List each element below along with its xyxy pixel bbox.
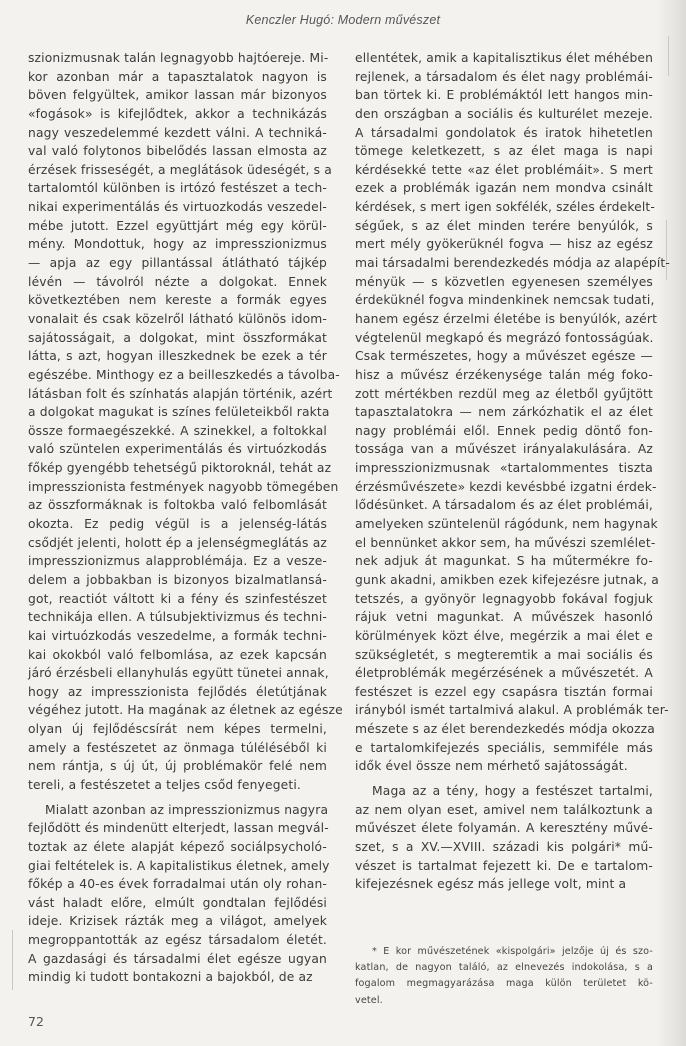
- text-line: életproblémák megérzésének a művészetét.…: [355, 664, 653, 683]
- text-line: gunk akadni, amikben ezek kifejezésre ju…: [355, 571, 653, 590]
- text-line: érdeküknél fogva mindenkinek nemcsak tud…: [355, 291, 653, 310]
- text-line: hogy az impresszionista fejlődés életútj…: [28, 683, 327, 702]
- margin-pencil-mark: [12, 930, 13, 990]
- text-line: ellentétek, amik a kapitalisztikus élet …: [355, 49, 653, 68]
- text-line: vonalait és csak közelről látható különö…: [28, 310, 327, 329]
- text-line: kai okokból való felbomlása, az ezek kap…: [28, 646, 327, 665]
- text-line: tetszés, a gyönyör legnagyobb fokával fo…: [355, 590, 653, 609]
- text-line: fogalom megmagyarázása maga külön terüle…: [355, 976, 653, 992]
- text-line: művészet élete folyamán. A keresztény mű…: [355, 819, 653, 838]
- text-line: rejlenek, a társadalom és élet nagy prob…: [355, 68, 653, 87]
- text-line: kérdésekké tette «az élet problémáit». S…: [355, 161, 653, 180]
- text-line: főkép gyengébb tehetségű piktoroknál, te…: [28, 459, 327, 478]
- text-line: érzésművészete» kezdi kevésbbé izgatni é…: [355, 478, 653, 497]
- text-line: lévén — távolról nézte a dolgokat. Ennek: [28, 273, 327, 292]
- text-line: egészébe. Minthogy ez a beilleszkedés a …: [28, 366, 327, 385]
- text-line: össze formaegészekké. A szinekkel, a fol…: [28, 422, 327, 441]
- text-line: tossága van a művészet irányalakulására.…: [355, 440, 653, 459]
- text-line: amelyeken szüntelenül rágódunk, nem hagy…: [355, 515, 653, 534]
- text-line: főkép a 40-es évek forradalmai után oly …: [28, 875, 327, 894]
- page-number: 72: [28, 1014, 44, 1029]
- text-line: tömege keletkezett, s az élet maga is na…: [355, 142, 653, 161]
- text-line: nagy veszedelemmé kezdett válni. A techn…: [28, 124, 327, 143]
- text-line: kor azonban már a tapasztalatok nagyon i…: [28, 68, 327, 87]
- text-line: — apja az egy pillantással átlátható táj…: [28, 254, 327, 273]
- text-line: kifejezésnek egész más jellege volt, min…: [355, 875, 653, 894]
- text-line: okozta. Ez pedig végül is a jelenség-lát…: [28, 515, 327, 534]
- margin-pencil-mark: [668, 36, 669, 76]
- text-line: ideje. Krizisek rázták meg a világot, am…: [28, 912, 327, 931]
- text-line: nem rántja, s új út, új problémakör felé…: [28, 757, 327, 776]
- text-line: toztak az élete alapját képező sociálpsy…: [28, 838, 327, 857]
- text-line: den országban a sociális és kulturélet m…: [355, 105, 653, 124]
- text-line: látásban folt és színhatás alapján törté…: [28, 385, 327, 404]
- text-line: mai társadalmi berendezkedés módja az al…: [355, 254, 653, 273]
- page-gutter-shadow: [656, 0, 686, 1046]
- text-line: Maga az a tény, hogy a festészet tartalm…: [355, 782, 653, 801]
- text-line: Mialatt azonban az impresszionizmus nagy…: [28, 801, 327, 820]
- book-page: Kenczler Hugó: Modern művészet szionizmu…: [0, 0, 686, 1046]
- text-line: nagy problémái elől. Ennek pedig döntő f…: [355, 422, 653, 441]
- text-line: ményük — s közvetlen egyenesen személyes: [355, 273, 653, 292]
- text-line: el bennünket akkor sem, ha művészi szeml…: [355, 534, 653, 553]
- text-line: nikai experimentálás és virtuozkodás ves…: [28, 198, 327, 217]
- text-line: impresszionizmusnak «tartalommentes tisz…: [355, 459, 653, 478]
- right-text-column: ellentétek, amik a kapitalisztikus élet …: [355, 49, 653, 894]
- text-line: tartalomtól különben is irtózó festészet…: [28, 179, 327, 198]
- text-line: rájuk vetni magunkat. A művészek hasonló: [355, 608, 653, 627]
- text-line: «fogások» is kifejlődtek, akkor a techni…: [28, 105, 327, 124]
- margin-pencil-mark: [666, 220, 667, 280]
- text-line: irányból ismét tartalmivá alakul. A prob…: [355, 701, 653, 720]
- text-line: Csak természetes, hogy a művészet egésze…: [355, 347, 653, 366]
- running-header: Kenczler Hugó: Modern művészet: [0, 13, 686, 27]
- text-line: tereli, a festészetet a teljes csőd feny…: [28, 776, 327, 795]
- text-line: végéhez jutott. Ha magának az életnek az…: [28, 701, 327, 720]
- text-line: kai virtuózkodás veszedelme, a formák te…: [28, 627, 327, 646]
- text-line: látta, s azt, hogyan illeszkednek be eze…: [28, 347, 327, 366]
- text-line: idők ével össze nem mérhető sajátosságát…: [355, 757, 653, 776]
- text-line: fejlődött és mindenütt elterjedt, lassan…: [28, 819, 327, 838]
- text-line: A társadalmi gondolatok és iratok hihete…: [355, 124, 653, 143]
- text-line: impresszionizmus alapproblémája. Ez a ve…: [28, 552, 327, 571]
- text-line: kérdések, s mert igen sokfélék, széles é…: [355, 198, 653, 217]
- text-line: mindig ki tudott bontakozni a bajokból, …: [28, 968, 327, 987]
- text-line: nek adjuk át magunkat. S ha műtermékre f…: [355, 552, 653, 571]
- text-line: az összformáknak is foltokba való felbom…: [28, 496, 327, 515]
- text-line: járó érzésbeli ellanyhulás együtt tünete…: [28, 664, 327, 683]
- text-line: mert mély gyökerüknél fogva — hisz az eg…: [355, 235, 653, 254]
- text-line: az nem olyan eset, amivel nem találkoztu…: [355, 801, 653, 820]
- text-line: delem a jobbakban is bizonyos bizalmatla…: [28, 571, 327, 590]
- text-line: ban törtek ki. E problémáktól lett hango…: [355, 86, 653, 105]
- text-line: körülmények közt élve, megérzik a mai él…: [355, 627, 653, 646]
- text-line: val való folytonos bibelődés lassan elmo…: [28, 142, 327, 161]
- text-line: vást haladt előre, elmúlt gondtalan fejl…: [28, 894, 327, 913]
- text-line: mény. Mondottuk, hogy az impresszionizmu…: [28, 235, 327, 254]
- text-line: mébe jutott. Ezzel együttjárt még egy kö…: [28, 217, 327, 236]
- text-line: hisz a művész érzékenysége talán még fok…: [355, 366, 653, 385]
- text-line: vetel.: [355, 993, 653, 1009]
- text-line: got, reactiót váltott ki a fény és szinf…: [28, 590, 327, 609]
- text-line: szet, s a XV.—XVIII. századi kis polgári…: [355, 838, 653, 857]
- text-line: érzések frisseségét, a meglátások üdeség…: [28, 161, 327, 180]
- text-line: olyan új fejlődéscsírát nem képes termel…: [28, 720, 327, 739]
- text-line: böven felgyültek, amikor lassan már bizo…: [28, 86, 327, 105]
- text-line: e tartalomkifejezés speciális, semmiféle…: [355, 739, 653, 758]
- text-line: szionizmusnak talán legnagyobb hajtóerej…: [28, 49, 327, 68]
- left-text-column: szionizmusnak talán legnagyobb hajtóerej…: [28, 49, 327, 987]
- text-line: festészet is ezzel egy csapásra tisztán …: [355, 683, 653, 702]
- text-line: vészet is tartalmat fejezett ki. De e ta…: [355, 857, 653, 876]
- text-line: mészete s az élet berendezkedés módja ok…: [355, 720, 653, 739]
- text-line: sajátosságait, a dolgokat, mint összform…: [28, 329, 327, 348]
- text-line: ezek a problémák igazán nem mondva csiná…: [355, 179, 653, 198]
- text-line: lődésünket. A társadalom és az élet prob…: [355, 496, 653, 515]
- text-line: zott mértékben rezdül meg az életből gyű…: [355, 385, 653, 404]
- text-line: ségűek, s az élet minden terére benyúlók…: [355, 217, 653, 236]
- text-line: technikája ellen. A túlsubjektivizmus és…: [28, 608, 327, 627]
- footnote: * E kor művészetének «kispolgári» jelzőj…: [355, 944, 653, 1009]
- text-line: * E kor művészetének «kispolgári» jelzőj…: [355, 944, 653, 960]
- text-line: megroppantották az egész társadalom élet…: [28, 931, 327, 950]
- text-line: csődjét jelenti, holott ép a jelenségmeg…: [28, 534, 327, 553]
- text-line: való szüntelen experimentálás és virtuóz…: [28, 440, 327, 459]
- text-line: tapasztalatokra — nem zárkózhatik el az …: [355, 403, 653, 422]
- text-line: amely a festészetet az önmaga túlélésébő…: [28, 739, 327, 758]
- text-line: giai feltételek is. A kapitalistikus éle…: [28, 857, 327, 876]
- text-line: végtelenül megkapó és megrázó fontosságú…: [355, 329, 653, 348]
- text-line: katlan, de nagyon találó, az elnevezés i…: [355, 960, 653, 976]
- text-line: szükségletét, s megteremtik a mai sociál…: [355, 646, 653, 665]
- text-line: A gazdasági és társadalmi élet egésze ug…: [28, 950, 327, 969]
- text-line: hanem egész érzelmi életébe is benyúlók,…: [355, 310, 653, 329]
- text-line: impresszionista festmények nagyobb tömeg…: [28, 478, 327, 497]
- text-line: a dolgokat magukat is színes felületeikb…: [28, 403, 327, 422]
- text-line: következtében nem kereste a formák egyes: [28, 291, 327, 310]
